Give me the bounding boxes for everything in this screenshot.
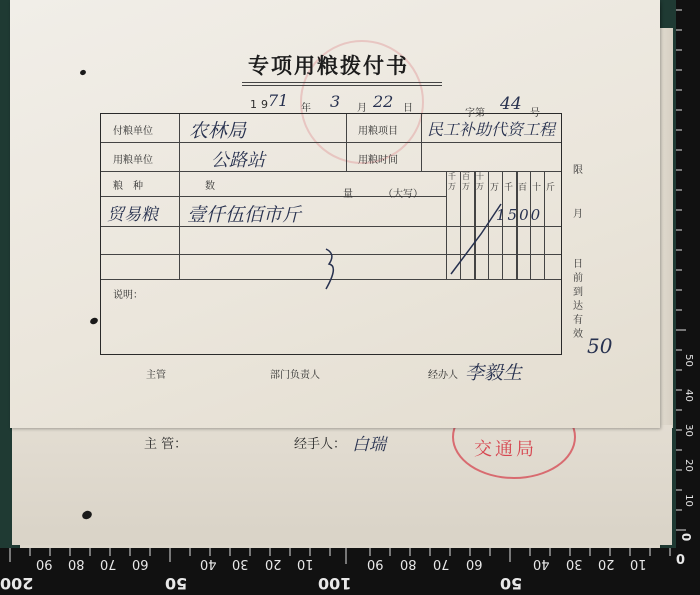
lower-handler-signature: 白瑞 xyxy=(352,430,386,455)
dept-head-label: 部门负责人 xyxy=(270,366,320,381)
validity-label-month: 月 xyxy=(573,208,585,222)
supervisor-label: 主管 xyxy=(146,366,166,381)
ruler-label: 50 xyxy=(165,574,187,593)
ruler-label: 10 xyxy=(683,494,694,507)
validity-label-bottom: 日前到达有效 xyxy=(573,258,585,342)
ruler-label: 20 xyxy=(683,459,694,472)
ruler-label: 80 xyxy=(400,556,417,571)
ruler-label: 70 xyxy=(100,556,117,571)
lower-handler-label: 经手人： xyxy=(294,433,346,452)
ruler-label: 80 xyxy=(68,556,85,571)
validity-label-top: 限 xyxy=(573,164,585,178)
validity-handwritten: 50 xyxy=(587,334,612,358)
ruler-label: 60 xyxy=(132,556,149,571)
serial-number: 44 xyxy=(500,94,522,114)
ruler-label: 30 xyxy=(683,424,694,437)
day-label: 日 xyxy=(403,99,413,114)
ruler-ticks xyxy=(676,0,700,560)
ruler-label: 10 xyxy=(297,556,314,571)
lower-receipt-sheet: 主 管： 经手人： 白瑞 交通局 xyxy=(12,425,672,545)
form-table: 付粮单位 农林局 用粮单位 公路站 用粮项目 民工补助代资工程 用粮时间 粮 种… xyxy=(100,113,562,355)
ruler-label: 20 xyxy=(265,556,282,571)
ruler-label: 40 xyxy=(683,389,694,402)
punch-hole xyxy=(89,317,99,326)
ruler-label: 100 xyxy=(318,574,351,593)
ruler-label: 40 xyxy=(200,556,217,571)
ruler-label: 40 xyxy=(533,556,550,571)
ruler-label: 50 xyxy=(500,574,522,593)
right-ruler: 50 40 30 20 10 0 xyxy=(676,0,700,560)
year-label: 年 xyxy=(301,99,311,114)
month-label: 月 xyxy=(357,99,367,114)
ruler-label: 90 xyxy=(36,556,53,571)
ruler-label: 60 xyxy=(466,556,483,571)
ruler-label: 200 xyxy=(0,574,33,593)
ruler-label: 70 xyxy=(433,556,450,571)
title-underline xyxy=(242,82,442,86)
bottom-ruler: 200 90 80 70 60 50 40 30 20 10 100 90 80… xyxy=(0,548,700,595)
cancel-strokes xyxy=(101,114,561,354)
note-label: 说明： xyxy=(113,286,143,301)
ruler-label: 30 xyxy=(566,556,583,571)
punch-hole xyxy=(79,69,87,76)
ruler-label: 90 xyxy=(367,556,384,571)
lower-supervisor-label: 主 管： xyxy=(144,433,187,452)
document-title: 专项用粮拨付书 xyxy=(248,50,409,80)
ruler-label: 0 xyxy=(676,550,685,565)
year-value: 71 xyxy=(268,91,288,110)
ruler-label: 10 xyxy=(630,556,647,571)
month-value: 3 xyxy=(330,92,340,111)
ruler-label: 0 xyxy=(679,533,693,541)
ruler-label: 50 xyxy=(683,354,694,367)
punch-hole xyxy=(81,509,93,520)
day-value: 22 xyxy=(373,92,393,111)
ruler-label: 20 xyxy=(598,556,615,571)
handler-signature: 李毅生 xyxy=(465,358,522,385)
stamp-text: 交通局 xyxy=(474,435,537,461)
handler-label: 经办人 xyxy=(428,366,458,381)
ruler-label: 30 xyxy=(232,556,249,571)
grain-allocation-form: 专项用粮拨付书 19 71 年 3 月 22 日 字第 44 号 付粮单位 农林… xyxy=(10,0,660,428)
